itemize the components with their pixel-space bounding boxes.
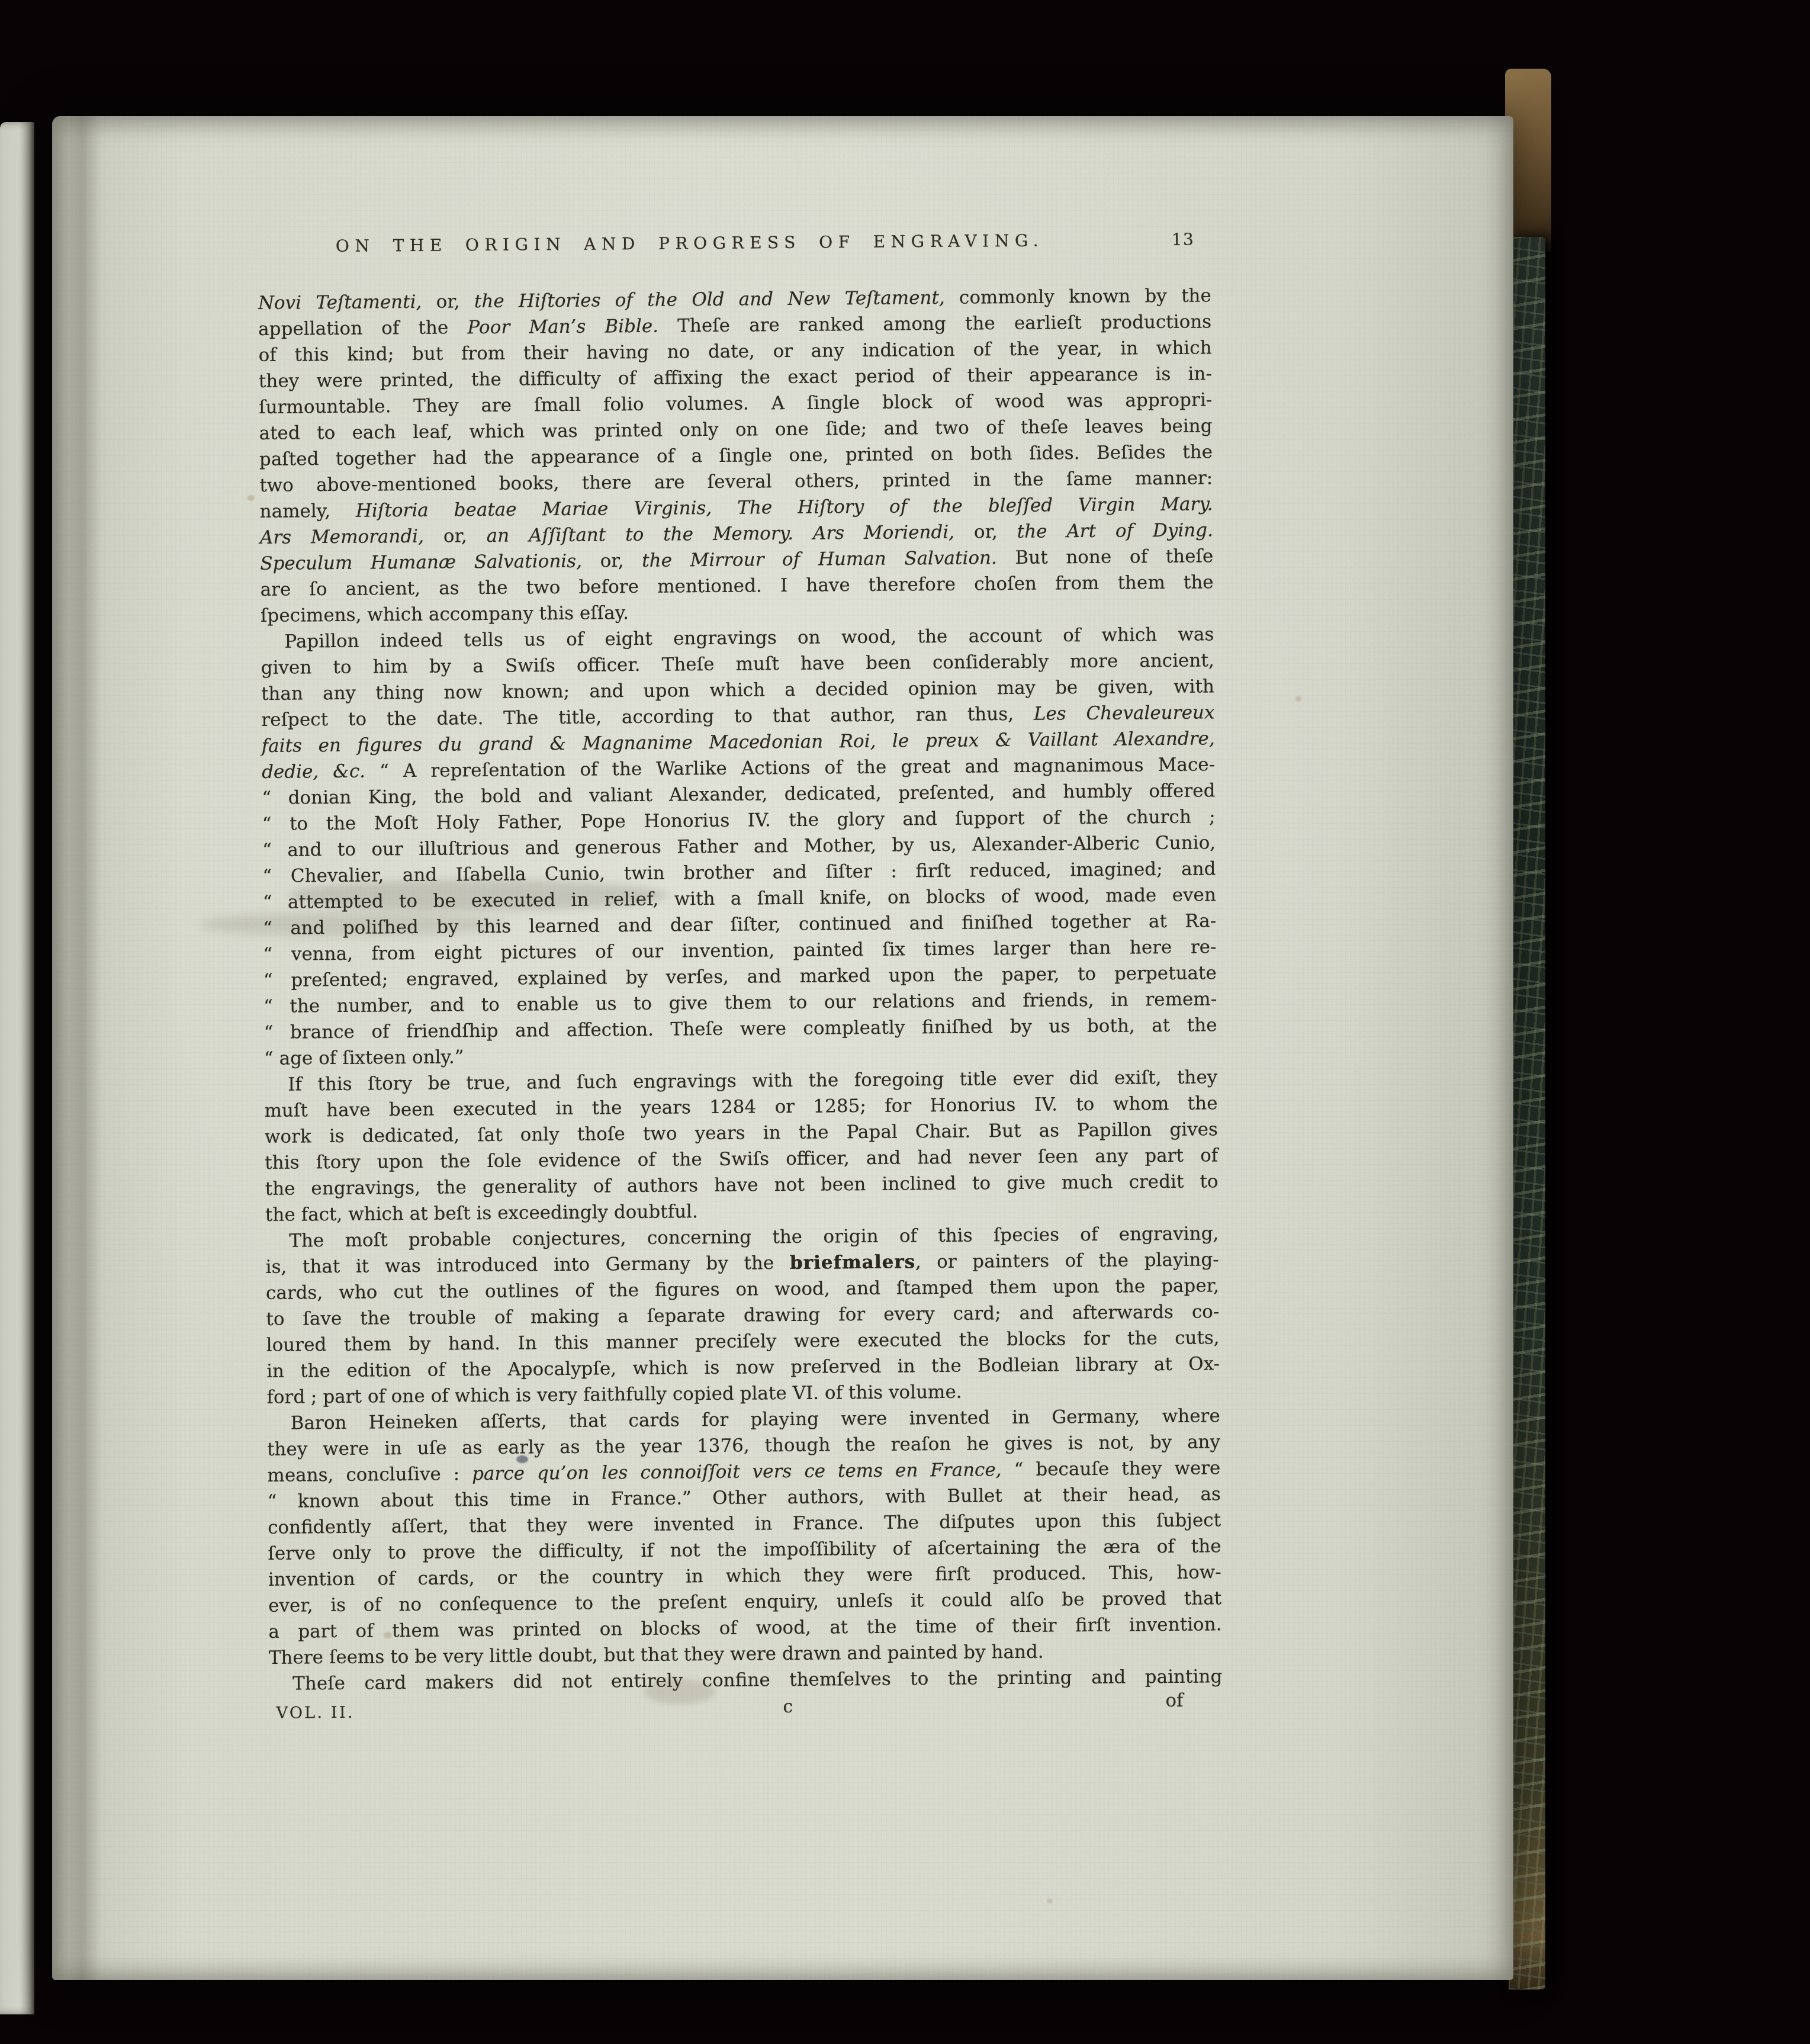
running-header: ON THE ORIGIN AND PROGRESS OF ENGRAVING.… [258, 229, 1211, 263]
text-segment: dedie, &c. [262, 761, 365, 783]
text-segment: Novi Teſtamenti, [258, 291, 422, 314]
text-segment: Les Chevaleureux [1034, 702, 1215, 724]
text-segment: namely, [260, 500, 356, 522]
text-segment: Speculum Humanæ Salvationis, [260, 551, 582, 574]
text-segment: Theſe are ranked among the earlieſt prod… [658, 311, 1211, 336]
text-segment: , or painters of the playing- [915, 1249, 1219, 1272]
foxing-spot [247, 495, 255, 501]
text-segment: But none of theſe [997, 545, 1214, 568]
text-segment: or, [582, 550, 642, 572]
text-segment: or, [954, 521, 1017, 543]
scanned-book-photo: ON THE ORIGIN AND PROGRESS OF ENGRAVING.… [0, 0, 1810, 2044]
text-segment: are ſo ancient, as the two before mentio… [261, 571, 1214, 600]
marbled-fore-edge [1509, 237, 1545, 1990]
text-segment: ſpecimens, which accompany this eſſay. [261, 602, 629, 626]
blackletter-word: briefmalers [790, 1251, 915, 1274]
text-segment: the fact, which at beſt is exceedingly d… [265, 1201, 698, 1226]
text-segment: “ becauſe they were [1001, 1457, 1220, 1480]
foxing-spot [1047, 1898, 1053, 1904]
text-segment: or, [424, 525, 487, 547]
foxing-spot [1295, 696, 1301, 702]
header-title: ON THE ORIGIN AND PROGRESS OF ENGRAVING. [336, 231, 1044, 256]
text-segment: the Hiſtories of the Old and New Teſtame… [474, 287, 945, 312]
signature-mark: c [783, 1696, 793, 1717]
text-segment: ford ; part of one of which is very fait… [266, 1381, 962, 1408]
adjacent-page-edge [0, 122, 34, 2014]
text-segment: means, concluſive : [267, 1463, 472, 1486]
text-segment: a part of them was printed on blocks of … [268, 1614, 1221, 1643]
page-number: 13 [1172, 230, 1195, 249]
text-segment: the engravings, the generality of author… [265, 1171, 1218, 1200]
text-segment: There ſeems to be very little doubt, but… [269, 1641, 1044, 1669]
text-segment: is, that it was introduced into Germany … [266, 1252, 790, 1278]
text-segment: “ brance of friendſhip and affection. Th… [263, 1014, 1217, 1043]
text-segment: the Art of Dying. [1017, 519, 1214, 542]
text-segment: in the edition of the Apocalypſe, which … [266, 1353, 1220, 1382]
text-segment: “ A repreſentation of the Warlike Action… [365, 754, 1215, 782]
text-segment: Poor Man’s Bible. [467, 316, 658, 339]
text-segment: an Aſſiſtant to the Memory. Ars Moriendi… [487, 522, 954, 547]
book-page: ON THE ORIGIN AND PROGRESS OF ENGRAVING.… [52, 116, 1513, 1980]
text-segment: Hiſtoria beatae Mariae Virginis, The Hiſ… [356, 493, 1213, 521]
text-segment: Ars Memorandi, [260, 526, 424, 548]
text-segment: the Mirrour of Human Salvation. [642, 547, 997, 571]
text-block: ON THE ORIGIN AND PROGRESS OF ENGRAVING.… [258, 229, 1223, 1723]
text-segment: appellation of the [258, 317, 467, 340]
text-segment: reſpect to the date. The title, accordin… [261, 703, 1034, 731]
volume-label: VOL. II. [276, 1704, 354, 1722]
text-segment: parce qu’on les connoiſſoit vers ce tems… [472, 1459, 1002, 1484]
text-segment: commonly known by the [945, 285, 1211, 308]
gutter-crease [67, 116, 101, 1980]
body-text: Novi Teſtamenti, or, the Hiſtories of th… [258, 282, 1223, 1697]
catchword: of [1165, 1690, 1183, 1711]
text-segment: or, [422, 291, 474, 313]
text-segment: “ age of ſixteen only.” [264, 1046, 464, 1069]
